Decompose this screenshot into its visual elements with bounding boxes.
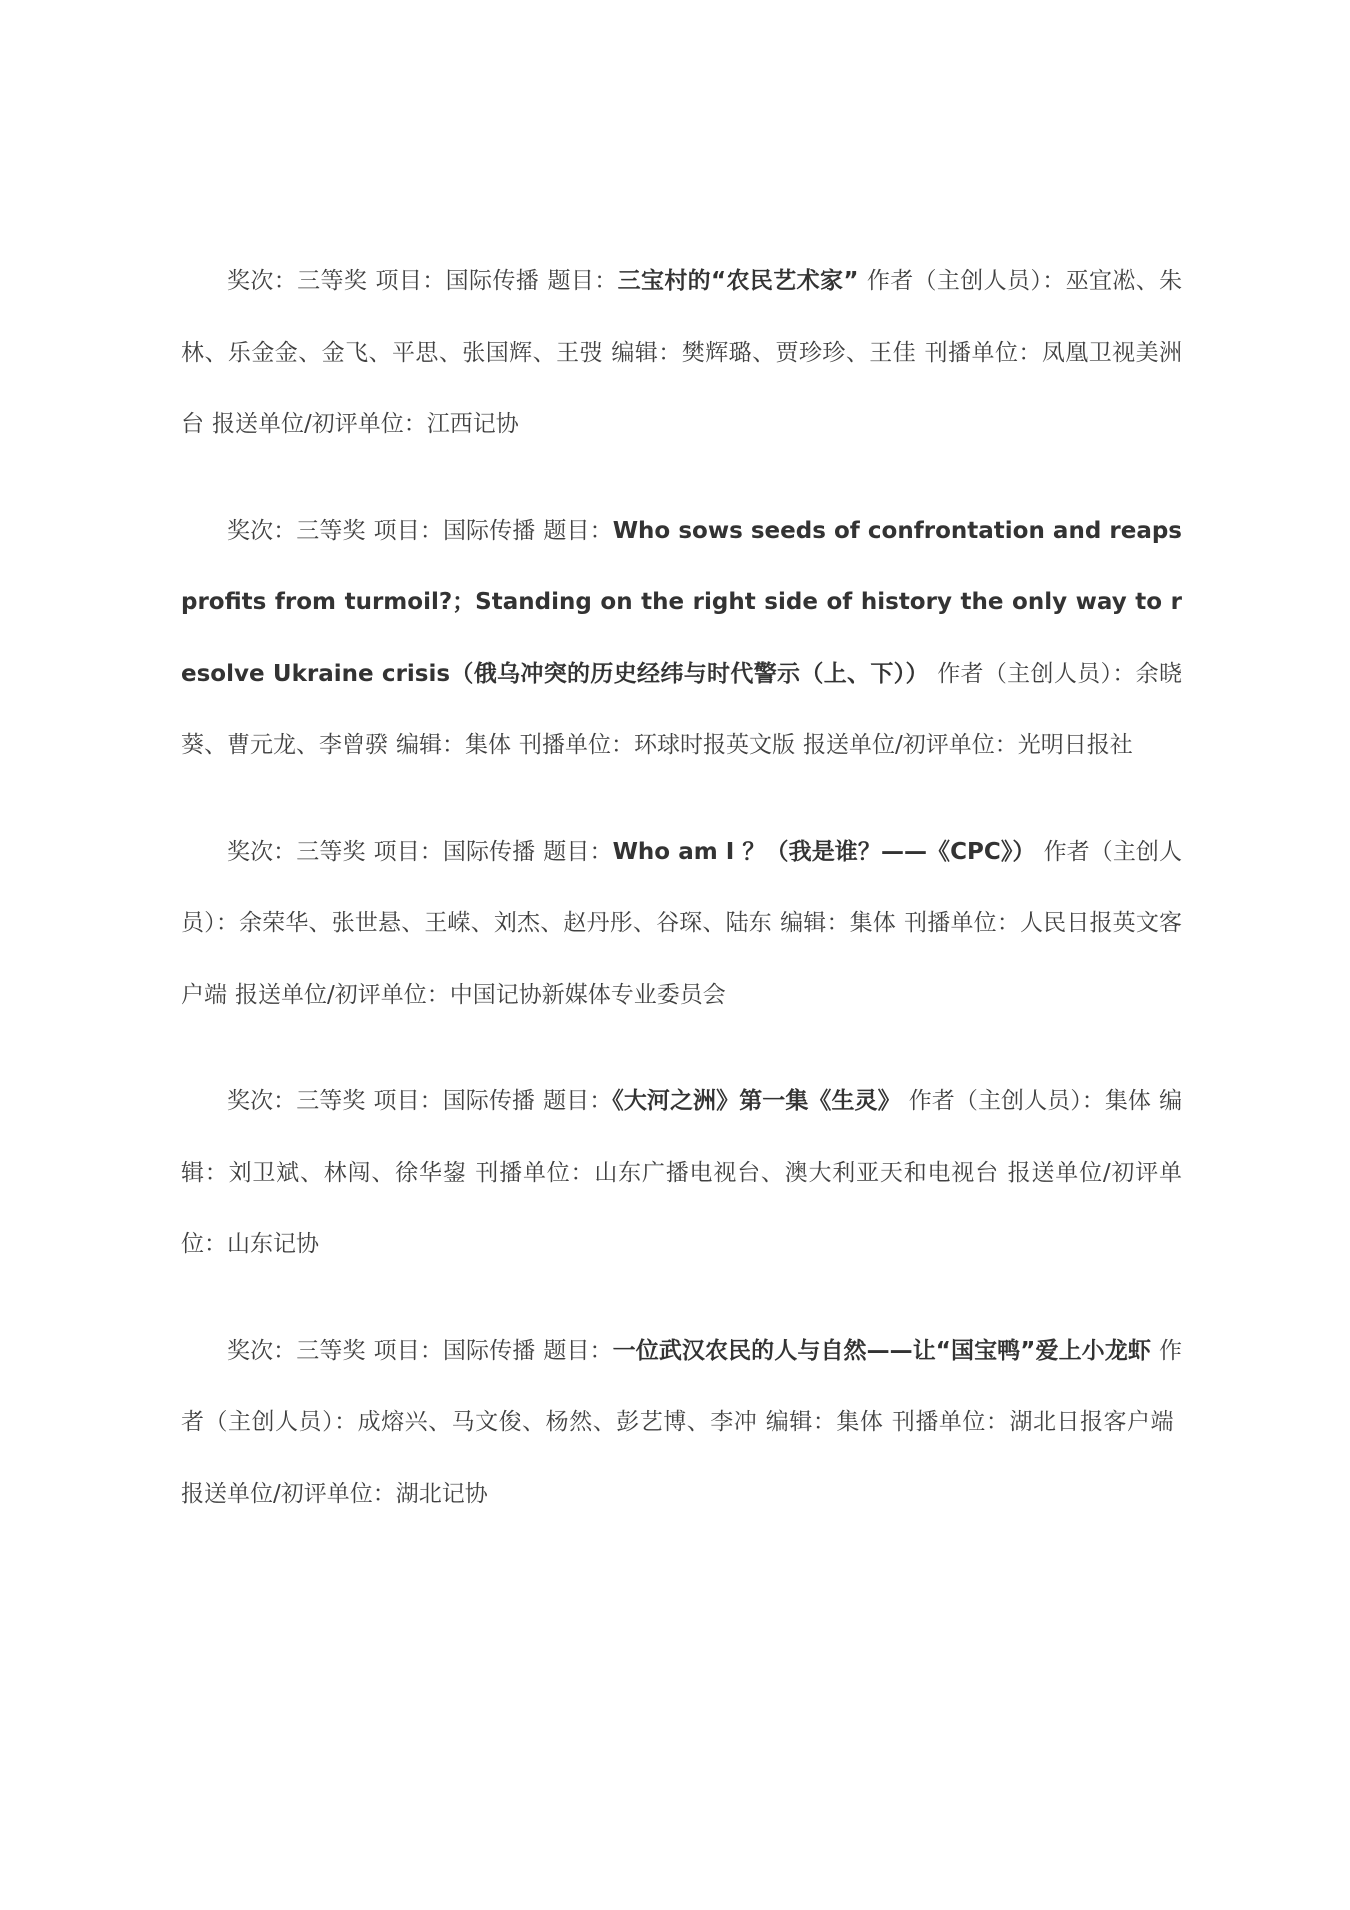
award-label: 奖次： xyxy=(227,1088,296,1114)
editors-value: 樊辉璐、贾珍珍、王佳 xyxy=(682,340,916,366)
submitter-label: 报送单位/初评单位： xyxy=(212,411,427,437)
publisher-value: 环球时报英文版 xyxy=(634,732,795,758)
award-label: 奖次： xyxy=(227,518,296,544)
title-label: 题目： xyxy=(543,1088,612,1114)
submitter-label: 报送单位/初评单位： xyxy=(803,732,1018,758)
entry-title: Who am I ？（我是谁？——《CPC》） xyxy=(613,839,1036,865)
project-label: 项目： xyxy=(374,518,443,544)
submitter-label: 报送单位/初评单位： xyxy=(181,1481,396,1507)
award-value: 三等奖 xyxy=(296,518,365,544)
project-label: 项目： xyxy=(375,268,445,294)
project-value: 国际传播 xyxy=(443,839,535,865)
award-entry: 奖次：三等奖项目：国际传播题目：一位武汉农民的人与自然——让“国宝鸭”爱上小龙虾… xyxy=(181,1316,1182,1531)
editors-label: 编辑： xyxy=(780,910,850,936)
publisher-label: 刊播单位： xyxy=(904,910,1020,936)
editors-label: 编辑： xyxy=(611,340,682,366)
title-label: 题目： xyxy=(543,839,612,865)
authors-value: 集体 xyxy=(1105,1088,1151,1114)
project-label: 项目： xyxy=(374,1338,443,1364)
publisher-label: 刊播单位： xyxy=(519,732,634,758)
award-label: 奖次： xyxy=(227,839,296,865)
project-value: 国际传播 xyxy=(443,518,535,544)
title-label: 题目： xyxy=(547,268,617,294)
entry-title: 《大河之洲》第一集《生灵》 xyxy=(612,1088,900,1114)
award-value: 三等奖 xyxy=(297,268,367,294)
editors-value: 集体 xyxy=(850,910,896,936)
submitter-value: 山东记协 xyxy=(227,1231,319,1257)
authors-value: 余荣华、张世悬、王嵘、刘杰、赵丹彤、谷琛、陆东 xyxy=(239,910,772,936)
editors-value: 集体 xyxy=(465,732,511,758)
publisher-label: 刊播单位： xyxy=(924,340,1042,366)
publisher-label: 刊播单位： xyxy=(475,1160,595,1186)
project-label: 项目： xyxy=(374,839,443,865)
award-entry: 奖次：三等奖项目：国际传播题目：Who am I ？（我是谁？——《CPC》）作… xyxy=(181,817,1182,1032)
award-label: 奖次： xyxy=(227,268,297,294)
award-value: 三等奖 xyxy=(296,1338,365,1364)
publisher-value: 湖北日报客户端 xyxy=(1009,1409,1174,1435)
submitter-value: 中国记协新媒体专业委员会 xyxy=(450,982,726,1008)
project-value: 国际传播 xyxy=(443,1338,535,1364)
award-value: 三等奖 xyxy=(296,839,365,865)
award-value: 三等奖 xyxy=(296,1088,365,1114)
submitter-value: 湖北记协 xyxy=(396,1481,488,1507)
editors-label: 编辑： xyxy=(765,1409,836,1435)
award-label: 奖次： xyxy=(227,1338,296,1364)
title-label: 题目： xyxy=(543,518,612,544)
award-entry: 奖次：三等奖项目：国际传播题目：三宝村的“农民艺术家”作者（主创人员）：巫宜凇、… xyxy=(181,246,1182,461)
authors-label: 作者（主创人员）： xyxy=(866,268,1065,294)
publisher-value: 山东广播电视台、澳大利亚天和电视台 xyxy=(594,1160,999,1186)
editors-value: 集体 xyxy=(836,1409,883,1435)
document-page: 奖次：三等奖项目：国际传播题目：三宝村的“农民艺术家”作者（主创人员）：巫宜凇、… xyxy=(181,246,1182,1565)
authors-label: 作者（主创人员）： xyxy=(909,1088,1105,1114)
submitter-label: 报送单位/初评单位： xyxy=(235,982,450,1008)
project-label: 项目： xyxy=(373,1088,442,1114)
publisher-label: 刊播单位： xyxy=(891,1409,1009,1435)
award-entry: 奖次：三等奖项目：国际传播题目：《大河之洲》第一集《生灵》作者（主创人员）：集体… xyxy=(181,1066,1182,1281)
entry-title: 三宝村的“农民艺术家” xyxy=(618,268,859,294)
entry-title: 一位武汉农民的人与自然——让“国宝鸭”爱上小龙虾 xyxy=(613,1338,1151,1364)
submitter-value: 光明日报社 xyxy=(1018,732,1133,758)
project-value: 国际传播 xyxy=(443,1088,535,1114)
authors-label: 作者（主创人员）： xyxy=(937,661,1136,687)
award-entry: 奖次：三等奖项目：国际传播题目：Who sows seeds of confro… xyxy=(181,496,1182,782)
submitter-value: 江西记协 xyxy=(427,411,519,437)
editors-value: 刘卫斌、林闯、徐华鋆 xyxy=(229,1160,467,1186)
authors-value: 成熔兴、马文俊、杨然、彭艺博、李冲 xyxy=(358,1409,758,1435)
project-value: 国际传播 xyxy=(446,268,539,294)
title-label: 题目： xyxy=(543,1338,612,1364)
editors-label: 编辑： xyxy=(396,732,465,758)
